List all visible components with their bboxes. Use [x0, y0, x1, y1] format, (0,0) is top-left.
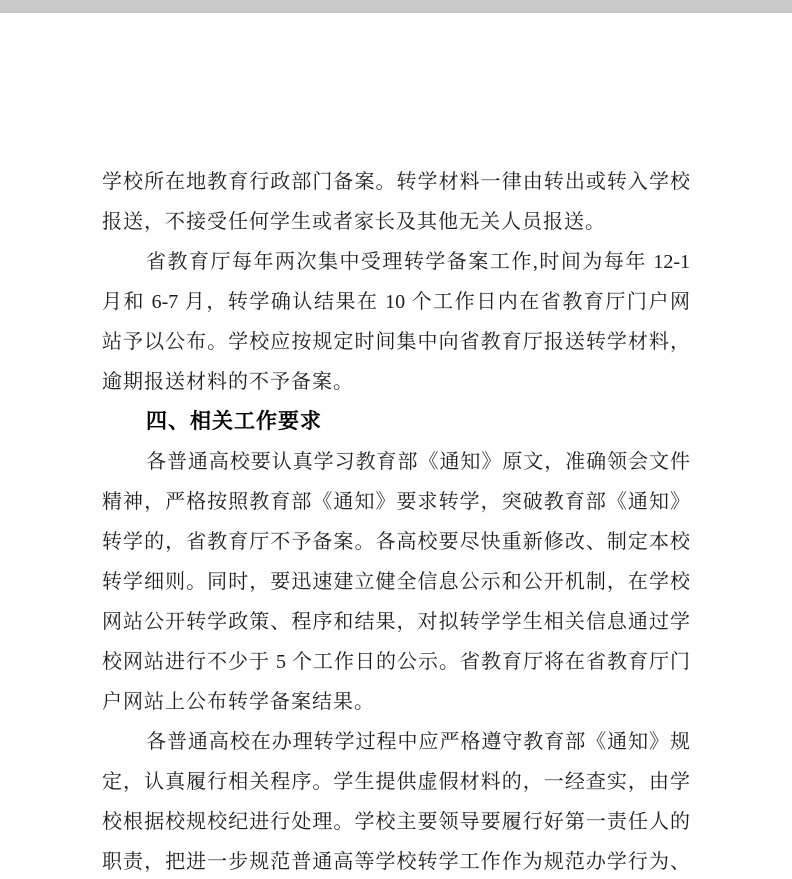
document-page: 学校所在地教育行政部门备案。转学材料一律由转出或转入学校报送，不接受任何学生或者…	[0, 13, 792, 879]
text-line: 职责，把进一步规范普通高等学校转学工作作为规范办学行为、	[102, 842, 690, 879]
text-line: 定，认真履行相关程序。学生提供虚假材料的，一经查实，由学	[102, 762, 690, 802]
text-line: 逾期报送材料的不予备案。	[102, 362, 690, 402]
text-line: 户网站上公布转学备案结果。	[102, 682, 690, 722]
text-line: 校网站进行不少于 5 个工作日的公示。省教育厅将在省教育厅门	[102, 642, 690, 682]
text-line: 各普通高校要认真学习教育部《通知》原文，准确领会文件	[102, 442, 690, 482]
text-line: 各普通高校在办理转学过程中应严格遵守教育部《通知》规	[102, 722, 690, 762]
text-line: 月和 6-7 月，转学确认结果在 10 个工作日内在省教育厅门户网	[102, 282, 690, 322]
text-line: 转学细则。同时，要迅速建立健全信息公示和公开机制，在学校	[102, 562, 690, 602]
section-heading: 四、相关工作要求	[102, 402, 690, 442]
text-line: 网站公开转学政策、程序和结果，对拟转学学生相关信息通过学	[102, 602, 690, 642]
text-line: 省教育厅每年两次集中受理转学备案工作,时间为每年 12-1	[102, 242, 690, 282]
text-line: 学校所在地教育行政部门备案。转学材料一律由转出或转入学校	[102, 162, 690, 202]
text-line: 站予以公布。学校应按规定时间集中向省教育厅报送转学材料，	[102, 322, 690, 362]
text-line: 校根据校规校纪进行处理。学校主要领导要履行好第一责任人的	[102, 802, 690, 842]
screenshot-root: { "page": { "background": "#ffffff", "te…	[0, 0, 792, 879]
top-bar	[0, 0, 792, 13]
text-line: 转学的，省教育厅不予备案。各高校要尽快重新修改、制定本校	[102, 522, 690, 562]
document-body: 学校所在地教育行政部门备案。转学材料一律由转出或转入学校报送，不接受任何学生或者…	[102, 162, 690, 879]
text-line: 报送，不接受任何学生或者家长及其他无关人员报送。	[102, 202, 690, 242]
text-line: 精神，严格按照教育部《通知》要求转学，突破教育部《通知》	[102, 482, 690, 522]
